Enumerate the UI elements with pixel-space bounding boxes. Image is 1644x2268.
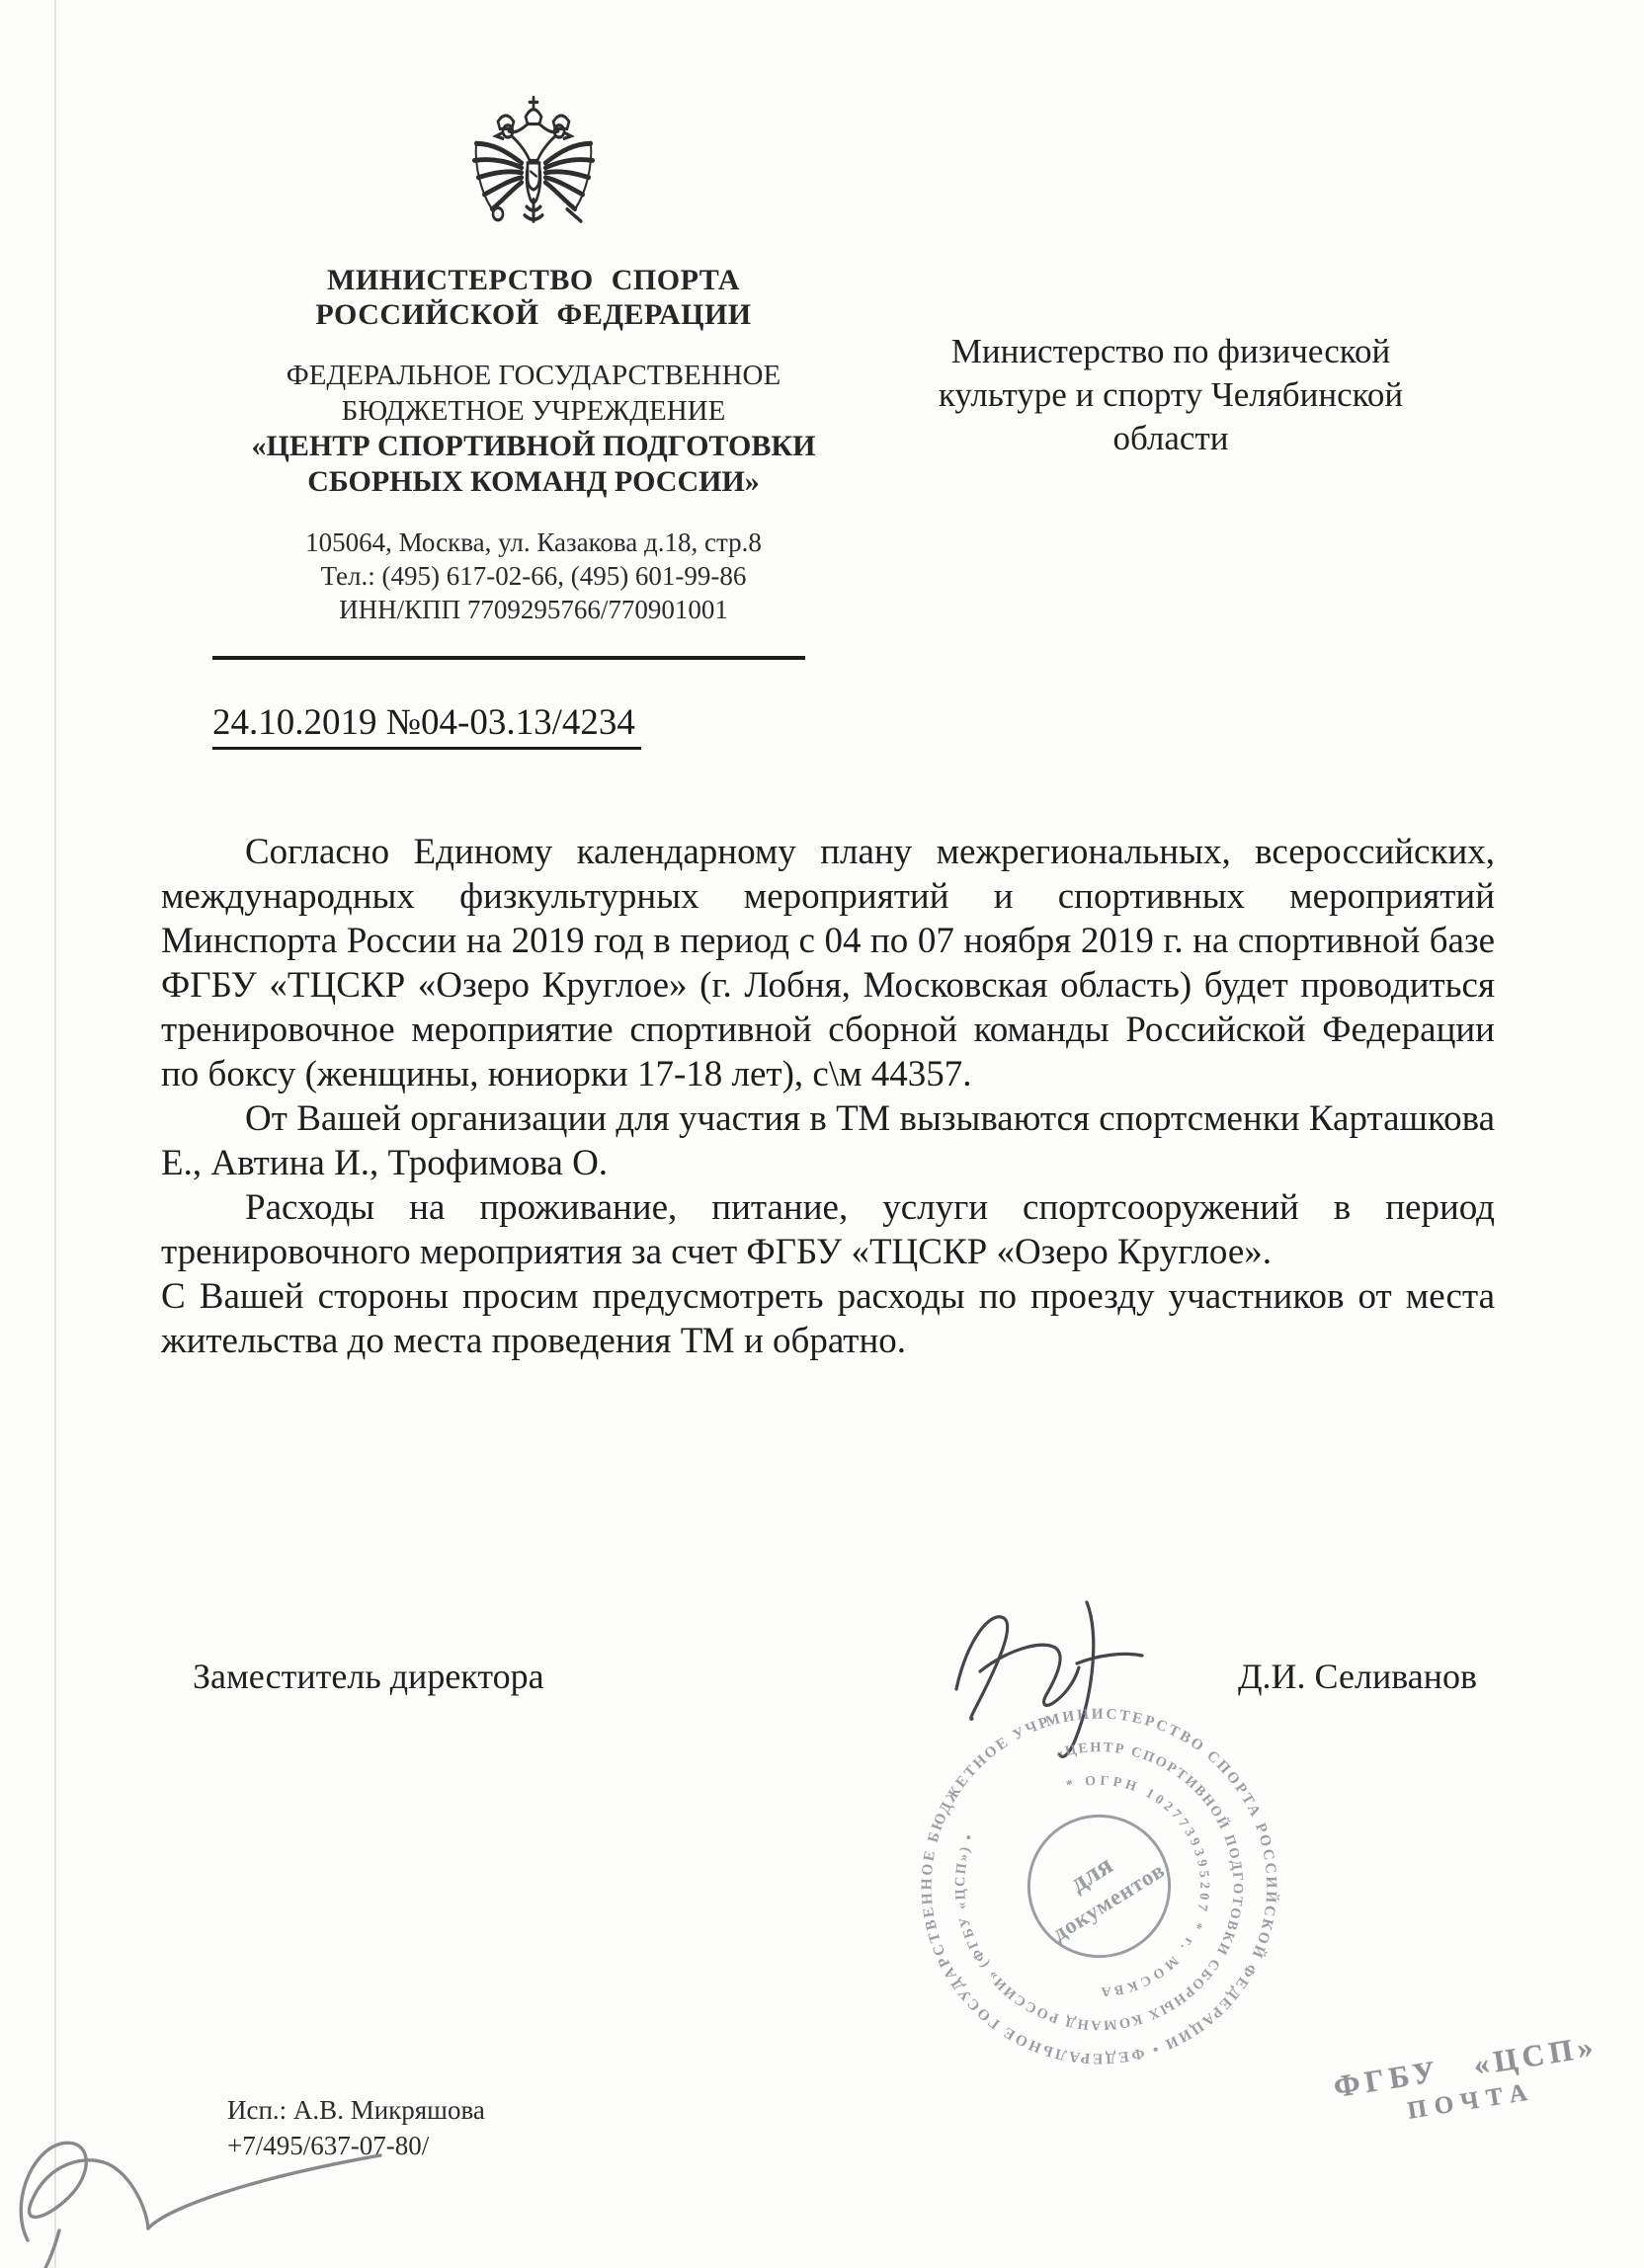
address-line: 105064, Москва, ул. Казакова д.18, стр.8	[188, 526, 879, 559]
signer-title: Заместитель директора	[193, 1656, 544, 1697]
body-paragraph: С Вашей стороны просим предусмотреть рас…	[161, 1274, 1495, 1363]
ministry-name: МИНИСТЕРСТВО СПОРТА РОССИЙСКОЙ ФЕДЕРАЦИИ	[188, 263, 879, 332]
phone-line: Тел.: (495) 617-02-66, (495) 601-99-86	[188, 559, 879, 593]
signer-name: Д.И. Селиванов	[1238, 1656, 1477, 1697]
header-divider	[212, 656, 805, 660]
recipient-line: области	[869, 417, 1472, 460]
recipient-line: культуре и спорту Челябинской	[869, 373, 1472, 417]
date-and-number: 24.10.2019 №04-03.13/4234	[212, 701, 641, 750]
org-line: БЮДЖЕТНОЕ УЧРЕЖДЕНИЕ	[188, 393, 879, 429]
round-stamp: МИНИСТЕРСТВО СПОРТА РОССИЙСКОЙ ФЕДЕРАЦИИ…	[854, 1641, 1346, 2133]
sender-contacts: 105064, Москва, ул. Казакова д.18, стр.8…	[188, 526, 879, 626]
org-line: ФЕДЕРАЛЬНОЕ ГОСУДАРСТВЕННОЕ	[188, 358, 879, 393]
scanned-letter-page: МИНИСТЕРСТВО СПОРТА РОССИЙСКОЙ ФЕДЕРАЦИИ…	[0, 0, 1644, 2268]
organization-name: ФЕДЕРАЛЬНОЕ ГОСУДАРСТВЕННОЕ БЮДЖЕТНОЕ УЧ…	[188, 358, 879, 500]
recipient-block: Министерство по физической культуре и сп…	[869, 330, 1472, 460]
ministry-line: РОССИЙСКОЙ ФЕДЕРАЦИИ	[188, 297, 879, 332]
scan-edge-artifact	[54, 0, 56, 2268]
letter-body: Согласно Единому календарному плану межр…	[161, 830, 1495, 1363]
recipient-line: Министерство по физической	[869, 330, 1472, 373]
russia-coat-of-arms-icon	[464, 95, 603, 253]
body-paragraph: От Вашей организации для участия в ТМ вы…	[161, 1096, 1495, 1185]
inn-kpp-line: ИНН/КПП 7709295766/770901001	[188, 593, 879, 626]
org-line: «ЦЕНТР СПОРТИВНОЙ ПОДГОТОВКИ	[188, 429, 879, 464]
pencil-scribble	[0, 2112, 415, 2268]
org-line: СБОРНЫХ КОМАНД РОССИИ»	[188, 464, 879, 500]
post-stamp: ФГБУ «ЦСП» ПОЧТА	[1296, 2021, 1639, 2144]
ministry-line: МИНИСТЕРСТВО СПОРТА	[188, 263, 879, 297]
sender-header: МИНИСТЕРСТВО СПОРТА РОССИЙСКОЙ ФЕДЕРАЦИИ…	[188, 95, 879, 626]
body-paragraph: Расходы на проживание, питание, услуги с…	[161, 1185, 1495, 1274]
body-paragraph: Согласно Единому календарному плану межр…	[161, 830, 1495, 1096]
